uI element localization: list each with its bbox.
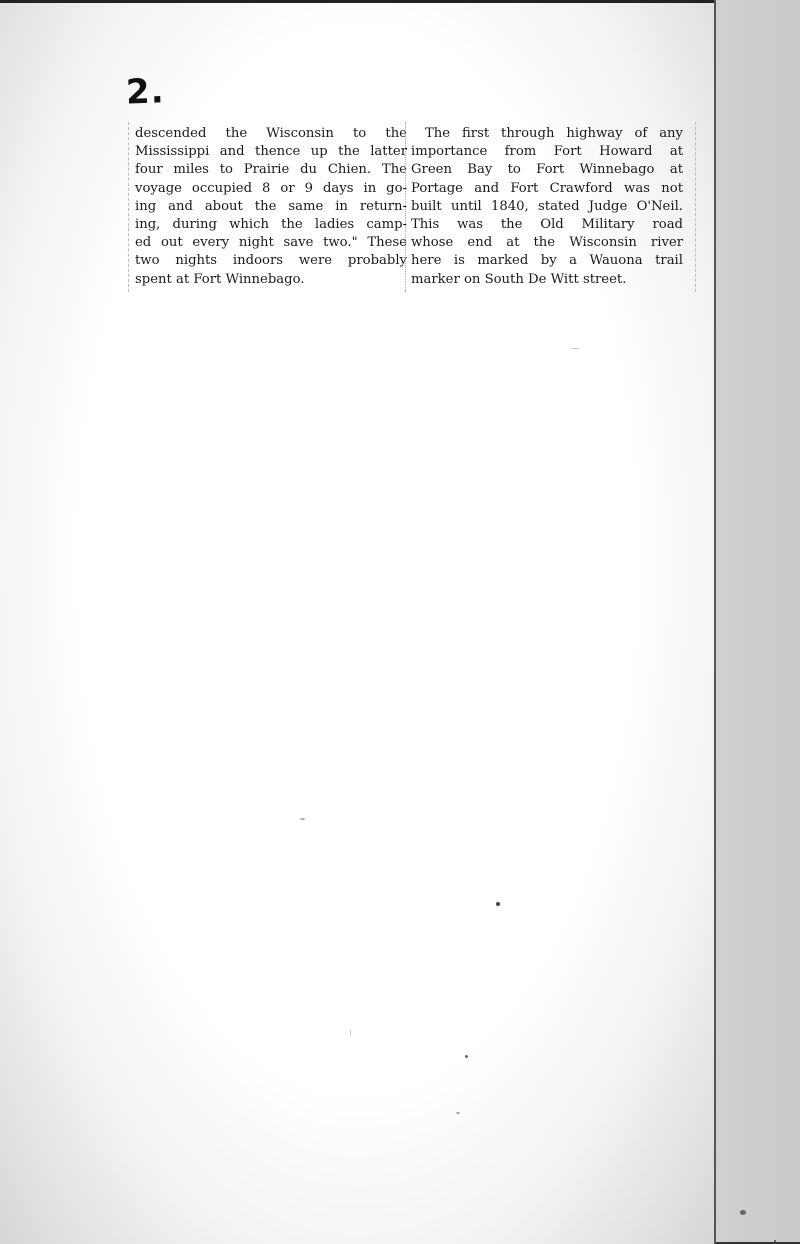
text-line: descended the Wisconsin to the xyxy=(135,125,407,143)
text-line: here is marked by a Wauona trail xyxy=(411,252,683,270)
text-line: Mississippi and thence up the latter xyxy=(135,143,407,161)
paper-speck xyxy=(496,902,500,906)
text-line: ing, during which the ladies camp- xyxy=(135,216,407,234)
page-top-edge xyxy=(0,0,716,3)
text-line: importance from Fort Howard at xyxy=(411,143,683,161)
text-line: The first through highway of any xyxy=(411,125,683,143)
handwritten-page-number: 2. xyxy=(125,71,165,112)
backing-speck xyxy=(740,1210,746,1215)
text-line: marker on South De Witt street. xyxy=(411,271,683,289)
text-line: Green Bay to Fort Winnebago at xyxy=(411,161,683,179)
paper-speck xyxy=(350,1030,351,1036)
text-line: This was the Old Military road xyxy=(411,216,683,234)
newspaper-clipping: descended the Wisconsin to the Mississip… xyxy=(128,122,696,292)
text-line: four miles to Prairie du Chien. The xyxy=(135,161,407,179)
text-line: two nights indoors were probably xyxy=(135,252,407,270)
text-line: spent at Fort Winnebago. xyxy=(135,271,407,289)
column-divider xyxy=(405,122,407,292)
paper-speck xyxy=(570,348,580,349)
paper-speck xyxy=(456,1112,460,1114)
clipping-left-column: descended the Wisconsin to the Mississip… xyxy=(135,125,407,289)
text-line: built until 1840, stated Judge O'Neil. xyxy=(411,198,683,216)
text-line: ing and about the same in return- xyxy=(135,198,407,216)
clipping-right-column: The first through highway of any importa… xyxy=(411,125,683,289)
text-line: Portage and Fort Crawford was not xyxy=(411,180,683,198)
paper-speck xyxy=(465,1055,468,1058)
text-line: voyage occupied 8 or 9 days in go- xyxy=(135,180,407,198)
backing-strip xyxy=(716,0,800,1244)
text-line: whose end at the Wisconsin river xyxy=(411,234,683,252)
text-line: ed out every night save two." These xyxy=(135,234,407,252)
paper-speck xyxy=(300,818,305,820)
scanned-page: 2. descended the Wisconsin to the Missis… xyxy=(0,0,716,1244)
